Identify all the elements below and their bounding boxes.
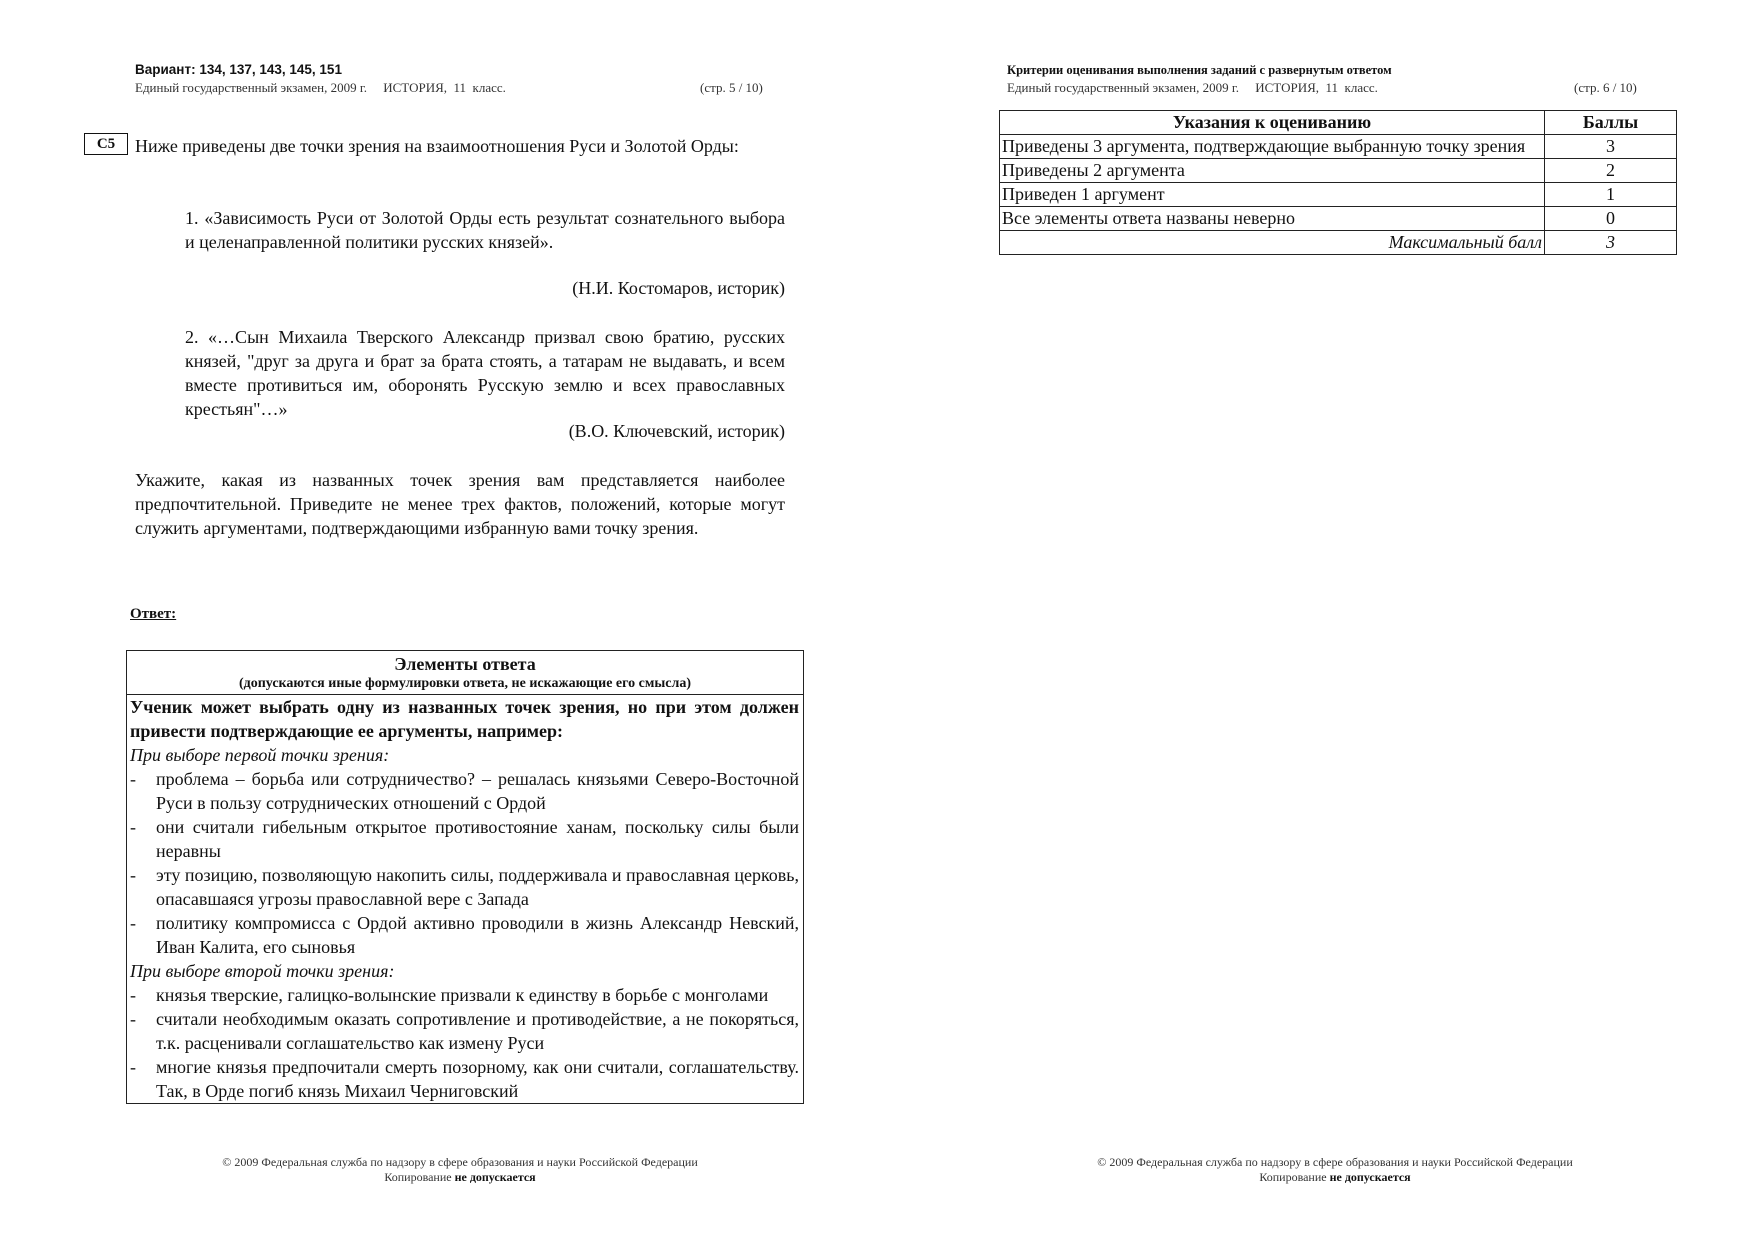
- quote-2-author: (В.О. Ключевский, историк): [185, 421, 785, 442]
- criteria-row: Приведены 2 аргумента2: [1000, 159, 1677, 183]
- quote-1: 1. «Зависимость Руси от Золотой Орды ест…: [185, 206, 785, 254]
- criteria-row: Приведены 3 аргумента, подтверждающие вы…: [1000, 135, 1677, 159]
- answer-list-item: -многие князья предпочитали смерть позор…: [130, 1055, 799, 1103]
- footer: © 2009 Федеральная служба по надзору в с…: [140, 1155, 780, 1185]
- task-instruction: Укажите, какая из названных точек зрения…: [135, 468, 785, 540]
- bullet-dash: -: [130, 863, 156, 911]
- footer-copyright: © 2009 Федеральная служба по надзору в с…: [1015, 1155, 1655, 1170]
- criteria-row: Все элементы ответа названы неверно0: [1000, 207, 1677, 231]
- criteria-col-desc: Указания к оцениванию: [1000, 111, 1545, 135]
- criteria-desc: Приведен 1 аргумент: [1000, 183, 1545, 207]
- criteria-max-row: Максимальный балл3: [1000, 231, 1677, 255]
- answer-list-item: -эту позицию, позволяющую накопить силы,…: [130, 863, 799, 911]
- exam-line: Единый государственный экзамен, 2009 г. …: [1007, 80, 1378, 96]
- criteria-desc: Все элементы ответа названы неверно: [1000, 207, 1545, 231]
- answer-list-item: -они считали гибельным открытое противос…: [130, 815, 799, 863]
- criteria-row: Приведен 1 аргумент1: [1000, 183, 1677, 207]
- max-score-value: 3: [1545, 231, 1677, 255]
- criteria-desc: Приведены 2 аргумента: [1000, 159, 1545, 183]
- footer: © 2009 Федеральная служба по надзору в с…: [1015, 1155, 1655, 1185]
- answer-case-heading: При выборе второй точки зрения:: [130, 959, 799, 983]
- answer-item-text: многие князья предпочитали смерть позорн…: [156, 1055, 799, 1103]
- bullet-dash: -: [130, 1055, 156, 1103]
- task-intro: Ниже приведены две точки зрения на взаим…: [135, 134, 785, 158]
- criteria-header-row: Указания к оцениванию Баллы: [1000, 111, 1677, 135]
- exam-line: Единый государственный экзамен, 2009 г. …: [135, 80, 506, 96]
- variant-label: Вариант: 134, 137, 143, 145, 151: [135, 62, 342, 77]
- answer-item-text: эту позицию, позволяющую накопить силы, …: [156, 863, 799, 911]
- footer-copy-note: Копирование не допускается: [1015, 1170, 1655, 1185]
- criteria-col-points: Баллы: [1545, 111, 1677, 135]
- criteria-desc: Приведены 3 аргумента, подтверждающие вы…: [1000, 135, 1545, 159]
- answer-case-heading: При выборе первой точки зрения:: [130, 743, 799, 767]
- answer-list-item: -считали необходимым оказать сопротивлен…: [130, 1007, 799, 1055]
- bullet-dash: -: [130, 1007, 156, 1055]
- quote-2: 2. «…Сын Михаила Тверского Александр при…: [185, 325, 785, 421]
- answer-lead: Ученик может выбрать одну из названных т…: [130, 695, 799, 743]
- criteria-points: 1: [1545, 183, 1677, 207]
- footer-copyright: © 2009 Федеральная служба по надзору в с…: [140, 1155, 780, 1170]
- answer-list-item: -князья тверские, галицко-волынские приз…: [130, 983, 799, 1007]
- bullet-dash: -: [130, 911, 156, 959]
- answer-item-text: проблема – борьба или сотрудничество? – …: [156, 767, 799, 815]
- answer-list-item: -проблема – борьба или сотрудничество? –…: [130, 767, 799, 815]
- answer-table-header: Элементы ответа (допускаются иные формул…: [127, 651, 803, 695]
- answer-table-title: Элементы ответа: [127, 653, 803, 675]
- criteria-points: 2: [1545, 159, 1677, 183]
- footer-copy-note: Копирование не допускается: [140, 1170, 780, 1185]
- max-score-label: Максимальный балл: [1000, 231, 1545, 255]
- task-code-box: С5: [84, 133, 128, 155]
- answer-table-subtitle: (допускаются иные формулировки ответа, н…: [127, 675, 803, 693]
- answer-table-content: Ученик может выбрать одну из названных т…: [127, 695, 803, 1103]
- bullet-dash: -: [130, 815, 156, 863]
- answer-item-text: считали необходимым оказать сопротивлени…: [156, 1007, 799, 1055]
- criteria-title: Критерии оценивания выполнения заданий с…: [1007, 63, 1392, 78]
- answer-item-text: политику компромисса с Ордой активно про…: [156, 911, 799, 959]
- answer-item-text: они считали гибельным открытое противост…: [156, 815, 799, 863]
- criteria-table: Указания к оцениванию Баллы Приведены 3 …: [999, 110, 1677, 255]
- answer-item-text: князья тверские, галицко-волынские призв…: [156, 983, 799, 1007]
- answer-label: Ответ:: [130, 606, 176, 623]
- criteria-points: 0: [1545, 207, 1677, 231]
- bullet-dash: -: [130, 767, 156, 815]
- answer-list-item: -политику компромисса с Ордой активно пр…: [130, 911, 799, 959]
- quote-1-author: (Н.И. Костомаров, историк): [185, 278, 785, 299]
- criteria-points: 3: [1545, 135, 1677, 159]
- answer-elements-table: Элементы ответа (допускаются иные формул…: [126, 650, 804, 1104]
- page-number: (стр. 5 / 10): [700, 80, 763, 96]
- page-number: (стр. 6 / 10): [1574, 80, 1637, 96]
- bullet-dash: -: [130, 983, 156, 1007]
